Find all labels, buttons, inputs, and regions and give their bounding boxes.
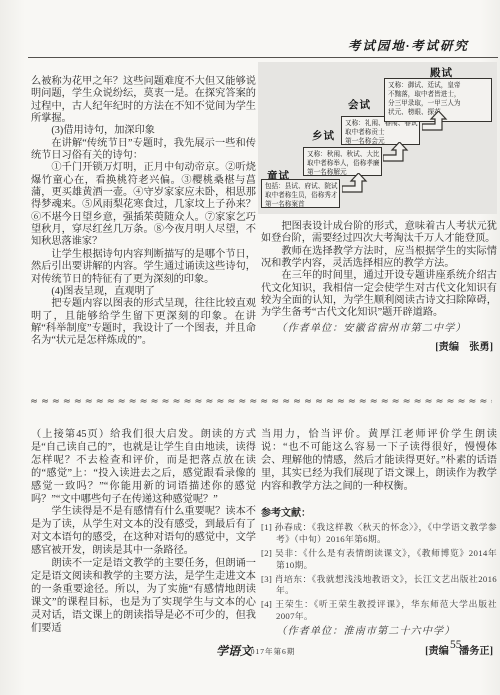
box-line: 取中者称举人，俗称孝廉 — [307, 159, 378, 168]
box-line: 分三甲录取，一甲三人为 — [388, 99, 488, 108]
poem-list: ①千门开锁万灯明，正月中旬动帝京。②听烧爆竹童心在，看换桃符老兴偏。③樱桃桑椹与… — [31, 162, 256, 248]
top-left-column: 么被称为花甲之年？这些问题难度不大但又能够说明问题，学生众说纷纭，莫衷一是。在探… — [31, 76, 256, 348]
box-line: 取中者称生员，俗称秀才 — [265, 191, 336, 200]
step-label-xiangshi: 乡试 — [312, 128, 335, 143]
issue-label: 2017年第6期 — [246, 646, 295, 657]
sub-heading: (4)图表呈现，直观明了 — [31, 286, 256, 298]
bottom-right-column: 当用力，恰当评价。黄厚江老师评价学生朗读说：“也不可能这么容易一下子读得很好，慢… — [261, 429, 497, 659]
box-line: 又称：御试、廷试，皇帝 — [388, 81, 488, 90]
paragraph: 么被称为花甲之年？这些问题难度不大但又能够说明问题，学生众说纷纭，莫衷一是。在探… — [31, 76, 256, 125]
box-line: 第一名称案首 — [265, 200, 336, 208]
references-heading: 参考文献： — [261, 508, 497, 521]
reference-item: [2] 吴非：《什么是有表情朗读课文》，《教师博览》2014年第10期。 — [261, 548, 497, 572]
box-line: 又称：秋闱、秋试、大比 — [307, 150, 378, 159]
up-arrow-icon — [422, 111, 448, 133]
paragraph: 在讲解“传统节日”专题时，我先展示一些和传统节日习俗有关的诗句： — [31, 138, 256, 163]
paragraph: 让学生根据诗句内容判断描写的是哪个节日，然后引出要讲解的内容。学生通过诵读这些诗… — [31, 249, 256, 286]
reference-item: [3] 肖培东：《我就想浅浅地教语文》，长江文艺出版社2016年。 — [261, 574, 497, 598]
paragraph: 把图表设计成台阶的形式，意味着古人考状元犹如登台阶，需要经过四次大考淘汰千万人才… — [261, 221, 497, 246]
reference-item: [1] 孙春成：《我这样教〈秋天的怀念〉》，《中学语文教学参考》（中旬）2016… — [261, 522, 497, 546]
sub-heading: (3)借用诗句，加深印象 — [31, 125, 256, 137]
top-right-column: 把图表设计成台阶的形式，意味着古人考状元犹如登台阶，需要经过四次大考淘汰千万人才… — [261, 221, 497, 354]
continued-paragraph: （上接第45页）给我们很大启发。朗读的方式是“自己读自己的”，也就是让学生自由地… — [31, 429, 256, 506]
imperial-exam-diagram: 童试 包括：县试、府试、院试 取中者称生员，俗称秀才 第一名称案首 乡试 又称：… — [258, 62, 497, 214]
paragraph: 当用力，恰当评价。黄厚江老师评价学生朗读说：“也不可能这么容易一下子读得很好，慢… — [261, 429, 497, 494]
paragraph: 教师在选择教学方法时，应当根据学生的实际情况和教学内容，灵活选择相应的教学方法。 — [261, 246, 497, 271]
paragraph: 朗读不一定是语文教学的主要任务，但朗诵一定是语文阅读和教学的主要方法，是学生走进… — [31, 558, 256, 635]
box-line: 包括：县试、府试、院试 — [265, 182, 336, 191]
section-title: 考试园地·考试研究 — [348, 36, 469, 54]
paragraph: 在三年的时间里，通过开设专题讲座系统介绍古代文化知识，我相信一定会使学生对古代文… — [261, 270, 497, 319]
journal-page: 考试园地·考试研究 么被称为花甲之年？这些问题难度不大但又能够说明问题，学生众说… — [0, 0, 500, 695]
ornamental-divider: ≈≈≈≈≈≈≈≈≈≈≈≈≈≈≈≈≈≈≈≈≈≈≈≈≈≈≈≈≈≈≈≈≈≈≈≈≈≈≈≈… — [30, 395, 492, 408]
step-box-tongshi: 包括：县试、府试、院试 取中者称生员，俗称秀才 第一名称案首 — [261, 179, 340, 208]
step-box-xiangshi: 又称：秋闱、秋试、大比 取中者称举人，俗称孝廉 第一名称解元 — [303, 147, 382, 176]
page-number: 55 — [450, 639, 462, 651]
up-arrow-icon — [342, 173, 368, 195]
reference-item: [4] 王荣生：《听王荣生教授评课》，华东师范大学出版社2007年。 — [261, 599, 497, 623]
step-label-huishi: 会试 — [348, 97, 371, 112]
author-affiliation: （作者单位：淮南市第二十六中学） — [261, 626, 497, 639]
paragraph: 学生读得是不是有感情有什么重要呢？读本不是为了读，从学生对文本的没有感受，到最后… — [31, 506, 256, 558]
author-affiliation: （作者单位：安徽省宿州市第二中学） — [261, 323, 497, 335]
paragraph: 把专题内容以图表的形式呈现，往往比较直观明了，且能够给学生留下更深刻的印象。在讲… — [31, 298, 256, 347]
box-line: 取中者称贡士 — [345, 128, 416, 137]
box-line: 不黜落，取中者皆进士， — [388, 90, 488, 99]
header-rule — [28, 57, 498, 58]
up-arrow-icon — [383, 142, 409, 164]
editor-credit: [责编 张勇] — [261, 342, 497, 354]
bottom-left-column: （上接第45页）给我们很大启发。朗读的方式是“自己读自己的”，也就是让学生自由地… — [31, 429, 256, 636]
